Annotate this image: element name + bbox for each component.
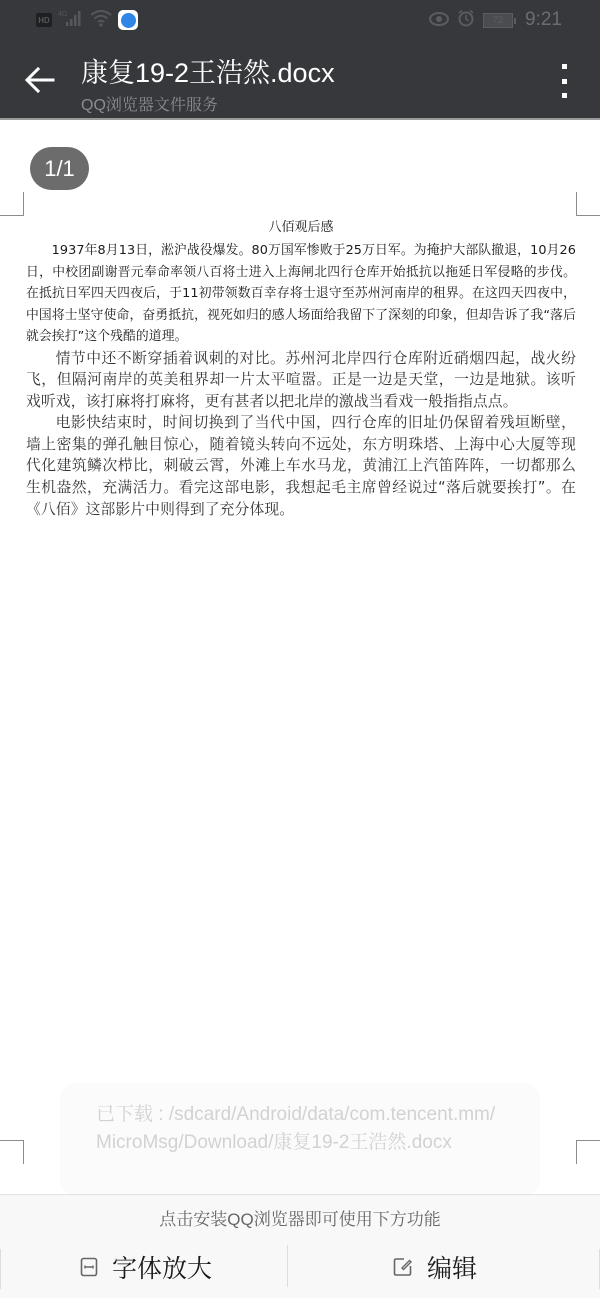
edit-label: 编辑 [427, 1249, 477, 1285]
hd-icon: HD [36, 13, 52, 27]
page-corner-mark [576, 192, 600, 216]
essay-title: 八佰观后感 [26, 218, 576, 238]
font-enlarge-icon [80, 1257, 98, 1277]
page-corner-mark [0, 192, 24, 216]
wifi-icon [90, 9, 112, 31]
bottom-toolbar: 点击安装QQ浏览器即可使用下方功能 字体放大 编辑 [0, 1194, 600, 1298]
more-vertical-icon [562, 64, 567, 69]
status-right-icons: 72 9:21 [429, 10, 562, 30]
page-corner-mark [0, 1140, 24, 1164]
signal-4g-icon: 4G [58, 9, 84, 31]
font-enlarge-button[interactable]: 字体放大 [0, 1245, 287, 1289]
document-content: 八佰观后感 1937年8月13日，淞沪战役爆发。80万国军惨败于25万日军。为掩… [26, 218, 576, 520]
service-subtitle: QQ浏览器文件服务 [81, 92, 218, 115]
back-button[interactable] [22, 62, 58, 98]
alarm-icon [457, 9, 475, 31]
status-left-icons: HD 4G [36, 10, 138, 30]
install-browser-hint[interactable]: 点击安装QQ浏览器即可使用下方功能 [0, 1205, 600, 1230]
arrow-left-icon [25, 67, 55, 93]
battery-icon: 72 [483, 13, 513, 28]
font-enlarge-label: 字体放大 [112, 1249, 212, 1285]
paragraph: 情节中还不断穿插着讽刺的对比。苏州河北岸四行仓库附近硝烟四起，战火纷飞，但隔河南… [26, 348, 576, 413]
page-indicator: 1/1 [30, 147, 89, 190]
edit-button[interactable]: 编辑 [288, 1245, 600, 1289]
edit-icon [393, 1257, 413, 1277]
app-bar: 康复19-2王浩然.docx QQ浏览器文件服务 [0, 40, 600, 120]
download-toast: 已下载 : /sdcard/Android/data/com.tencent.m… [60, 1083, 540, 1195]
more-options-button[interactable] [554, 64, 574, 98]
app-notification-icon [118, 10, 138, 30]
document-title: 康复19-2王浩然.docx [81, 51, 335, 90]
eye-icon [429, 11, 449, 30]
document-viewer[interactable]: 1/1 八佰观后感 1937年8月13日，淞沪战役爆发。80万国军惨败于25万日… [0, 122, 600, 1194]
clock: 9:21 [525, 9, 562, 31]
paragraph: 电影快结束时，时间切换到了当代中国，四行仓库的旧址仍保留着残垣断壁，墙上密集的弹… [26, 412, 576, 520]
page-corner-mark [576, 1140, 600, 1164]
action-buttons: 字体放大 编辑 [0, 1245, 600, 1289]
svg-text:4G: 4G [58, 11, 67, 18]
paragraph: 1937年8月13日，淞沪战役爆发。80万国军惨败于25万日军。为掩护大部队撤退… [26, 240, 576, 348]
status-bar: HD 4G [0, 0, 600, 40]
